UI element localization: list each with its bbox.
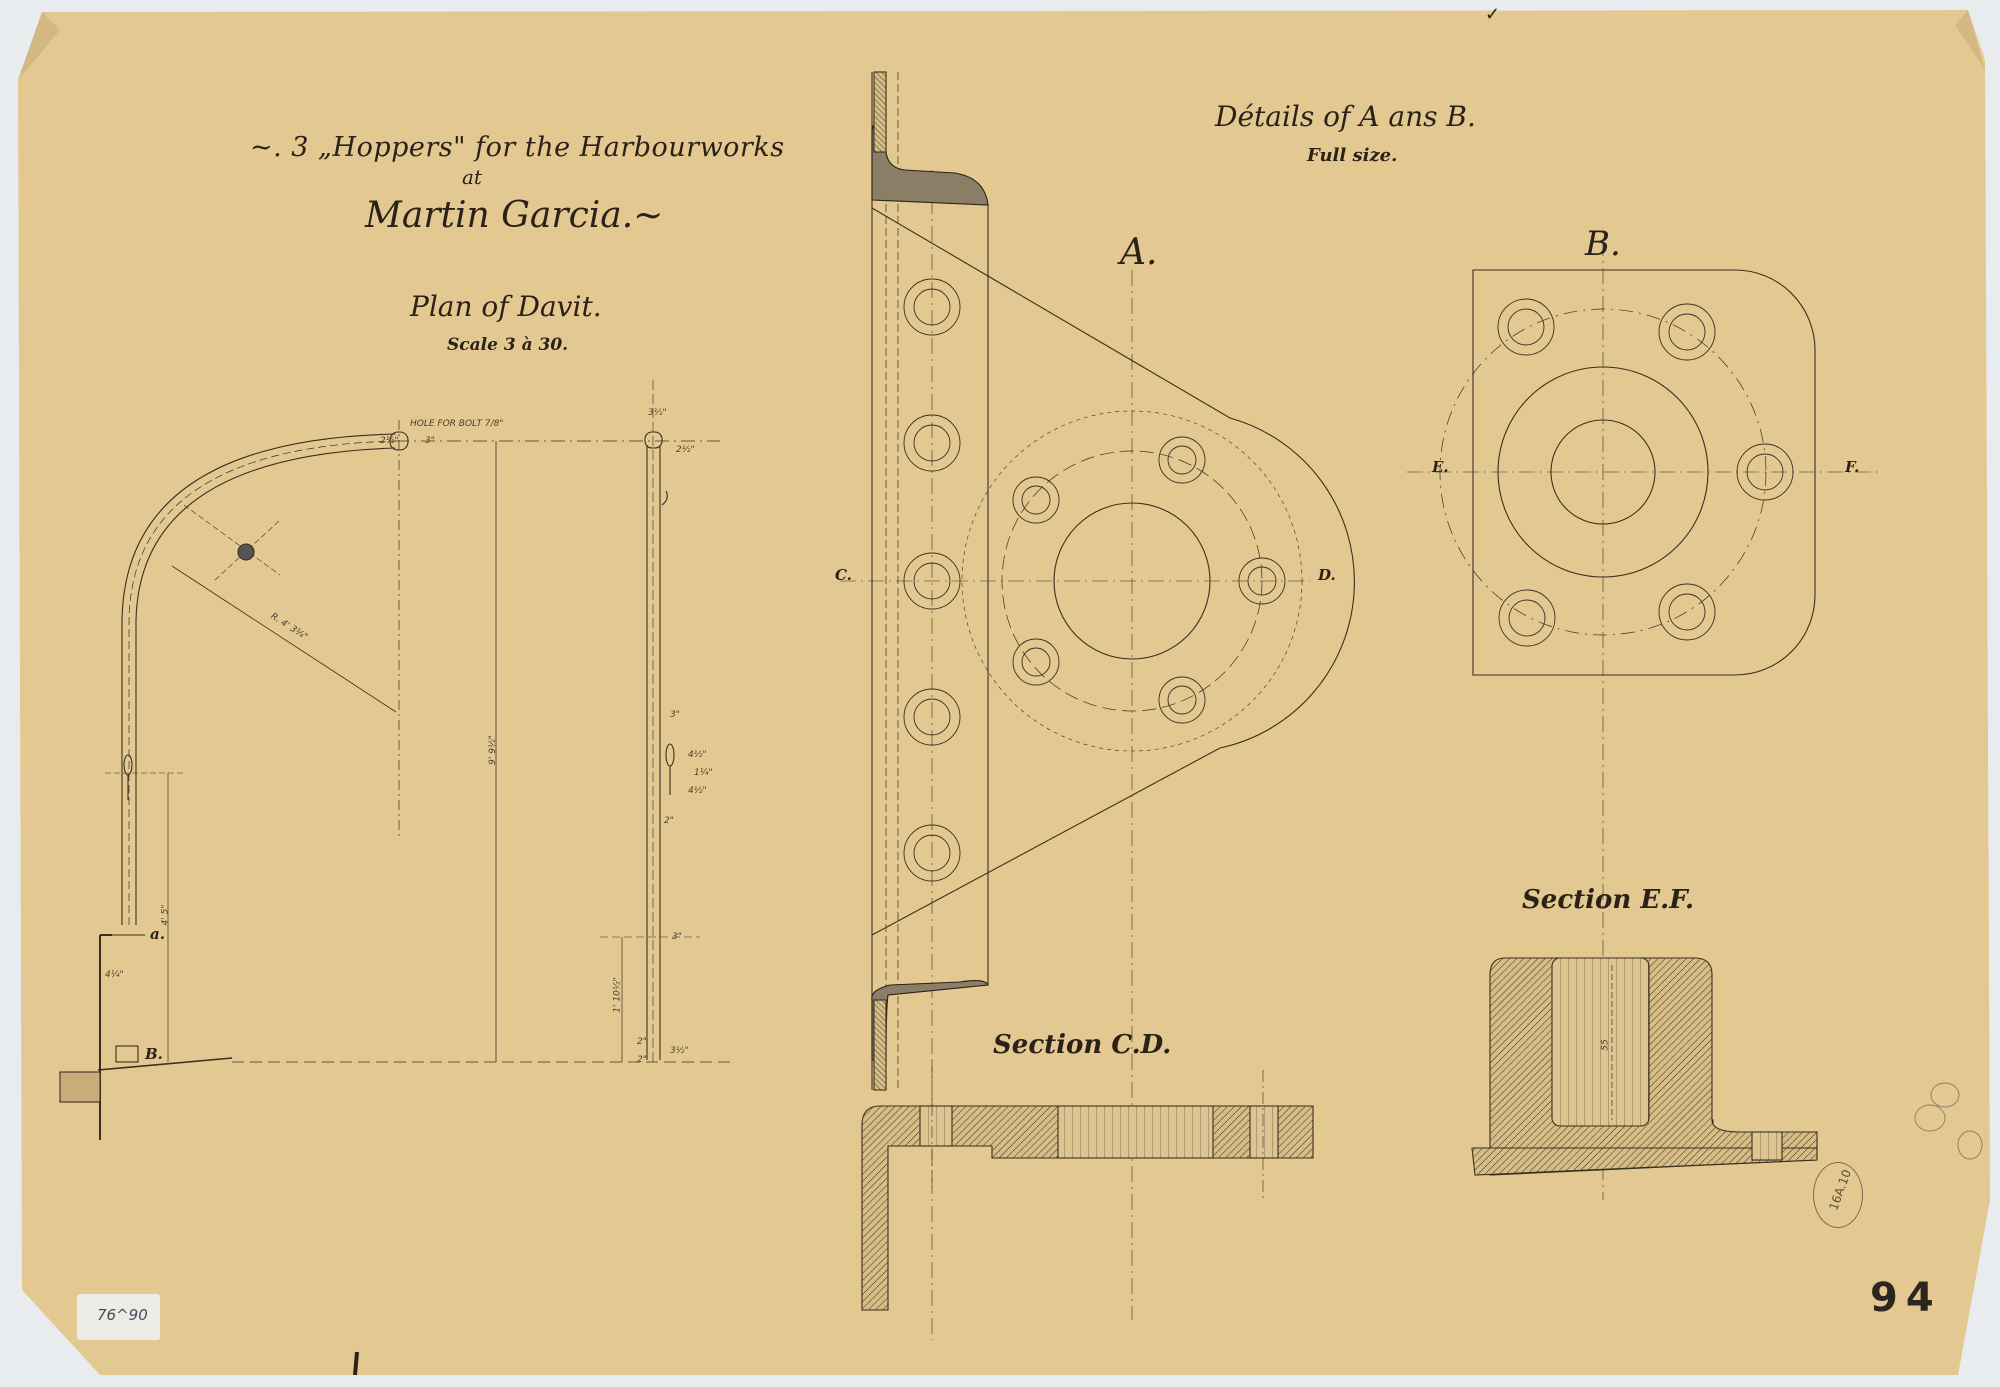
point-b-label: B. bbox=[145, 1045, 163, 1063]
plan-of-davit-heading: Plan of Davit. bbox=[410, 290, 602, 323]
detail-b-label: B. bbox=[1585, 224, 1621, 264]
dim-shaft-3: 3" bbox=[670, 710, 680, 720]
davit-scale: Scale 3 à 30. bbox=[447, 335, 568, 355]
point-f-label: F. bbox=[1845, 458, 1859, 476]
catalog-label: 76^90 bbox=[77, 1294, 160, 1340]
main-title: ~. 3 „Hoppers" for the Harbourworks bbox=[250, 132, 785, 163]
dim-cleat-lower: 4½" bbox=[688, 786, 707, 796]
point-a-label: a. bbox=[150, 925, 165, 943]
dim-foot-2a: 2" bbox=[637, 1037, 647, 1047]
catalog-label-text: 76^90 bbox=[97, 1306, 148, 1324]
title-location: Martin Garcia.~ bbox=[365, 195, 663, 236]
dim-lower-span: 1' 10½" bbox=[613, 977, 623, 1012]
dim-hole-for-bolt: HOLE FOR BOLT 7/8" bbox=[410, 419, 503, 429]
point-e-label: E. bbox=[1432, 458, 1449, 476]
dim-ef-bore: 55 bbox=[1601, 1039, 1611, 1050]
dim-top-right: 2½" bbox=[676, 445, 695, 455]
detail-a-label: A. bbox=[1120, 232, 1157, 273]
drawing-sheet bbox=[0, 0, 2000, 1387]
dim-head-width: 3" bbox=[425, 436, 435, 446]
dim-shaft-2: 2" bbox=[664, 816, 674, 826]
point-d-label: D. bbox=[1318, 566, 1336, 584]
dim-shaft-3-lower: 3" bbox=[672, 932, 682, 942]
dim-cleat-upper: 4½" bbox=[688, 750, 707, 760]
point-c-label: C. bbox=[835, 566, 852, 584]
check-mark: ✓ bbox=[1485, 4, 1500, 25]
pencil-circle-note: 16A.10 bbox=[1813, 1162, 1863, 1228]
dim-lower-height: 4' 5" bbox=[160, 905, 170, 926]
dim-cleat-mid: 1¼" bbox=[694, 768, 713, 778]
pencil-circle-text: 16A.10 bbox=[1826, 1168, 1854, 1213]
section-cd-title: Section C.D. bbox=[993, 1030, 1171, 1060]
section-ef-title: Section E.F. bbox=[1522, 885, 1694, 915]
details-subheading: Full size. bbox=[1307, 145, 1397, 166]
title-at: at bbox=[462, 165, 482, 189]
dim-top-width: 3½" bbox=[648, 408, 667, 418]
details-heading: Détails of A ans B. bbox=[1215, 100, 1476, 133]
dim-head-height: 2½" bbox=[380, 436, 399, 446]
dim-total-height: 9' 9½" bbox=[488, 735, 498, 765]
dim-foot-2b: 2" bbox=[637, 1055, 647, 1065]
paper bbox=[18, 10, 1990, 1375]
dim-foot-side: 3½" bbox=[670, 1046, 689, 1056]
sheet-number: 94 bbox=[1870, 1275, 1942, 1321]
dim-base-offset: 4¼" bbox=[105, 970, 124, 980]
